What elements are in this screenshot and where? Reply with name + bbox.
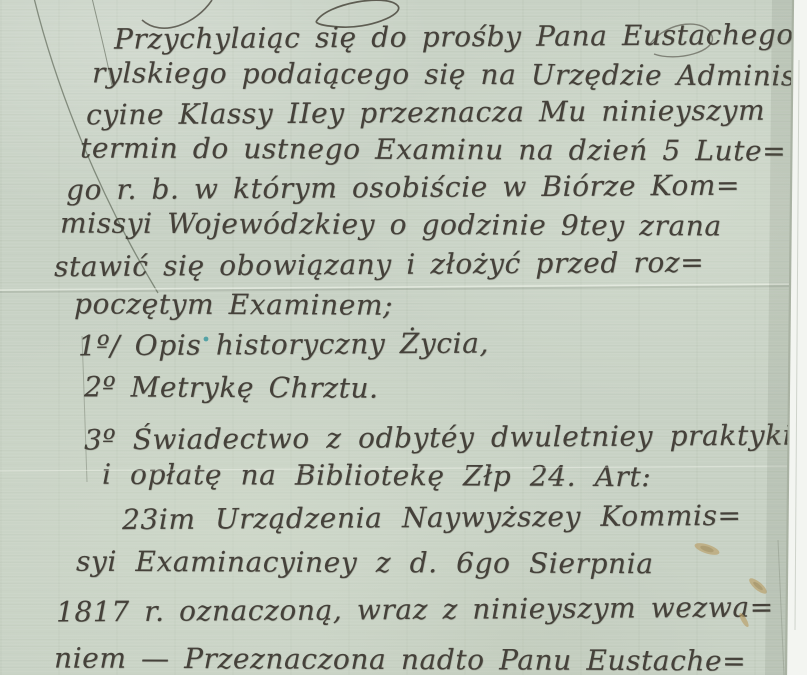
manuscript-line: 1817 r. oznaczoną, wraz z ninieyszym wez…: [56, 590, 774, 629]
manuscript-line: go r. b. w którym osobiście w Biórze Kom…: [66, 169, 740, 208]
manuscript-line: rylskiego podaiącego się na Urzędzie Adm…: [92, 56, 807, 93]
manuscript-line: syi Examinacyiney z d. 6go Sierpnia: [76, 545, 654, 582]
manuscript-line: i opłatę na Bibliotekę Złp 24. Art:: [102, 458, 651, 494]
manuscript-line: 3º Świadectwo z odbytéy dwuletniey prakt…: [84, 418, 802, 457]
manuscript-line: 2º Metrykę Chrztu.: [84, 370, 379, 405]
manuscript-line: niem — Przeznaczona nadto Panu Eustache=: [54, 641, 746, 675]
manuscript-line: 23im Urządzenia Naywyższey Kommis=: [122, 499, 742, 537]
manuscript-line: 1º/ Opis historyczny Życia,: [78, 327, 489, 364]
manuscript-line: cyine Klassy IIey przeznacza Mu ninieysz…: [86, 94, 765, 133]
manuscript-line: termin do ustnego Examinu na dzień 5 Lut…: [80, 131, 786, 168]
manuscript-line: missyi Wojewódzkiey o godzinie 9tey zran…: [60, 207, 722, 244]
manuscript-line: stawić się obowiązany i złożyć przed roz…: [54, 246, 705, 285]
manuscript-line: poczętym Examinem;: [74, 287, 393, 322]
scanned-manuscript-page: Przychylaiąc się do prośby Pana Eustache…: [0, 0, 807, 675]
manuscript-text: Przychylaiąc się do prośby Pana Eustache…: [0, 0, 807, 675]
manuscript-line: Przychylaiąc się do prośby Pana Eustache…: [114, 17, 807, 56]
